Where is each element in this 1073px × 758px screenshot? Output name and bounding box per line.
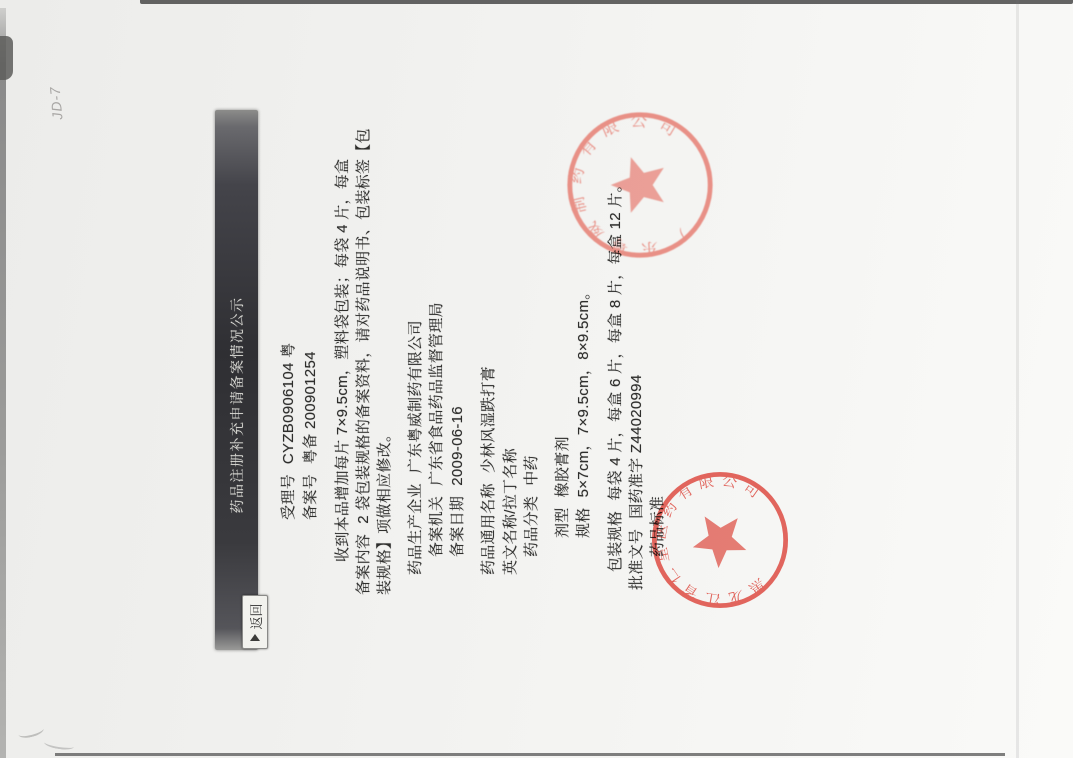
field-value: 广东粤威制药有限公司 — [407, 320, 424, 473]
field-label: 规格 — [575, 507, 592, 538]
pencil-mark — [43, 738, 74, 752]
back-button[interactable]: 返回 — [242, 595, 268, 649]
field-row: 收到本品增加每片 7×9.5cm，塑料袋包装；每袋 4 片，每盒 — [331, 159, 352, 562]
scan-edge-top — [140, 0, 1073, 4]
scan-corner-blot — [0, 36, 13, 80]
handwritten-note: JD-7 — [47, 86, 66, 121]
field-value: 收到本品增加每片 7×9.5cm，塑料袋包装；每袋 4 片，每盒 — [334, 159, 351, 562]
field-value: 5×7cm，7×9.5cm，8×9.5cm。 — [575, 284, 592, 497]
field-row: 药品通用名称少林风湿跌打膏 — [477, 366, 498, 575]
scan-edge-left — [0, 8, 6, 758]
up-arrow-icon — [250, 634, 260, 641]
red-seal-manufacturer: 广东粤威制药有限公司 — [562, 107, 718, 263]
field-row: 备案日期2009-06-16 — [446, 406, 467, 557]
field-label: 备案内容 — [355, 534, 372, 595]
star-icon — [686, 508, 749, 573]
field-value: 装规格】项做相应修改。 — [376, 427, 393, 595]
field-value: 橡胶膏剂 — [554, 436, 571, 497]
field-label: 受理号 — [280, 474, 297, 520]
field-label: 备案机关 — [428, 496, 445, 557]
field-row: 备案机关广东省食品药品监督管理局 — [425, 302, 446, 557]
field-label: 批准文号 — [628, 529, 645, 590]
field-row: 备案号粤备 200901254 — [299, 351, 320, 520]
field-value: 2 袋包装规格的备案资料，请对药品说明书、包装标签【包 — [355, 128, 372, 524]
field-row: 装规格】项做相应修改。 — [373, 427, 394, 595]
field-label: 药品生产企业 — [407, 483, 424, 575]
field-label: 药品通用名称 — [480, 483, 497, 575]
back-button-label: 返回 — [246, 604, 265, 630]
field-row: 药品生产企业广东粤威制药有限公司 — [404, 320, 425, 575]
paper-crease — [1016, 0, 1019, 758]
scanned-document-page: JD-7 药品注册补充申请备案情况公示 返回 受理号CYZB0906104 粤 … — [0, 0, 1073, 758]
field-row: 批准文号国药准字 Z44020994 — [625, 375, 646, 590]
field-row: 备案内容2 袋包装规格的备案资料，请对药品说明书、包装标签【包 — [352, 128, 373, 595]
pencil-mark — [17, 723, 45, 740]
field-label: 备案日期 — [449, 496, 466, 557]
rotated-notice-content: 药品注册补充申请备案情况公示 返回 受理号CYZB0906104 粤 备案号粤备… — [215, 110, 675, 650]
field-value: 广东省食品药品监督管理局 — [428, 302, 445, 486]
red-seal-secondary: 黑龙江省仁皇医药有限公司 — [645, 465, 795, 615]
field-row: 受理号CYZB0906104 粤 — [277, 343, 298, 520]
star-icon — [611, 157, 664, 213]
field-label: 剂型 — [554, 507, 571, 538]
field-value: 国药准字 Z44020994 — [628, 375, 645, 519]
page-title: 药品注册补充申请备案情况公示 — [227, 297, 247, 514]
field-value: CYZB0906104 粤 — [280, 343, 297, 464]
scan-edge-bottom — [55, 753, 1005, 756]
field-label: 包装规格 — [607, 511, 624, 572]
field-row: 英文名称/拉丁名称 — [499, 438, 520, 575]
field-value: 中药 — [523, 455, 540, 486]
field-row: 剂型橡胶膏剂 — [551, 436, 572, 538]
field-value: 粤备 200901254 — [302, 351, 319, 464]
notice-title-bar: 药品注册补充申请备案情况公示 — [215, 110, 258, 650]
field-value: 2009-06-16 — [449, 406, 466, 486]
field-value: 少林风湿跌打膏 — [480, 366, 497, 473]
field-label: 药品分类 — [523, 496, 540, 557]
field-row: 药品分类中药 — [520, 455, 541, 557]
field-label: 备案号 — [302, 474, 319, 520]
field-label: 英文名称/拉丁名称 — [502, 448, 519, 575]
field-row: 规格5×7cm，7×9.5cm，8×9.5cm。 — [572, 284, 593, 538]
